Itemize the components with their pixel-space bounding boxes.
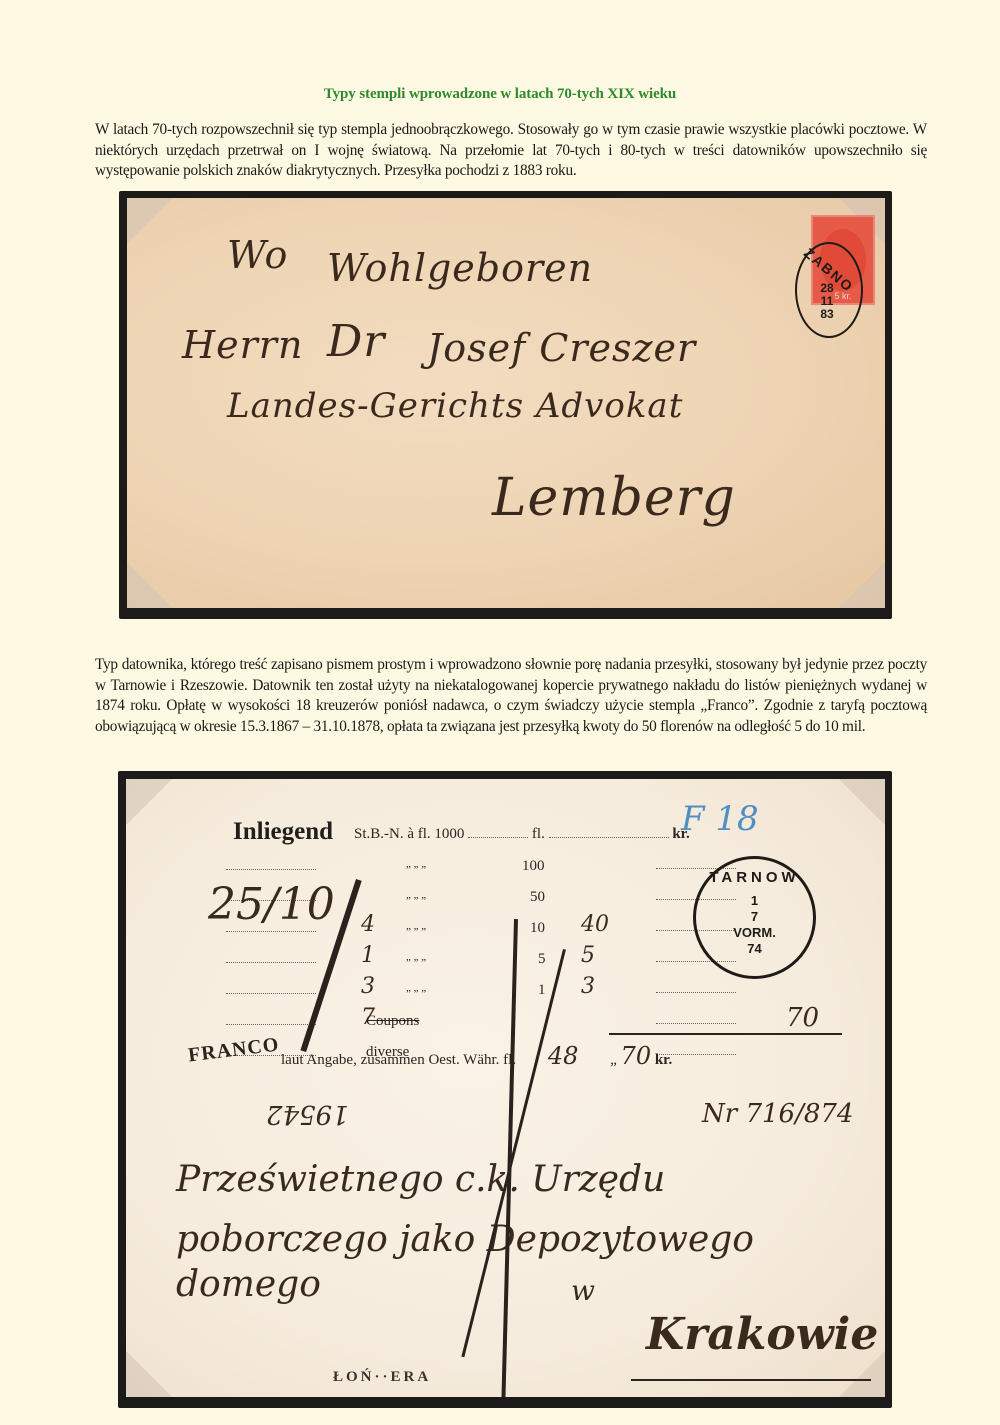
handwriting-line: Josef Creszer <box>427 326 696 370</box>
handwritten-fraction: 25/10 <box>208 879 335 930</box>
row-denomination: 10 <box>530 920 545 937</box>
city-underline <box>631 1379 871 1381</box>
row-denomination: 50 <box>530 889 545 906</box>
total-kr: 70 <box>621 1042 652 1070</box>
address-line-1: Prześwietnego c.k. Urzędu <box>176 1159 665 1200</box>
fl-label: fl. <box>532 826 545 842</box>
row-label: „ „ „ <box>406 858 426 870</box>
form-heading: Inliegend <box>233 818 333 846</box>
postmark-day: 1 <box>696 893 813 909</box>
photo-corner <box>126 779 172 825</box>
franco-stamp: FRANCO <box>187 1034 281 1068</box>
address-line-4: w <box>571 1274 595 1307</box>
photo-corner <box>127 562 173 608</box>
envelope2-frame: Inliegend St.B.-N. à fl. 1000 fl. kr. „ … <box>118 771 892 1408</box>
photo-corner <box>839 779 885 825</box>
row-fl-value: 40 <box>581 912 609 937</box>
row-kr-value: 70 <box>786 1003 819 1033</box>
row-count: 1 <box>361 943 375 968</box>
handwriting-line: Wohlgeboren <box>327 246 593 290</box>
row-denomination: 1 <box>538 982 546 999</box>
postmark-date: 1 7 VORM. 74 <box>696 893 813 957</box>
handwriting-line: Herrn <box>182 323 303 367</box>
address-line-2: poborczego jako Depozytowego <box>176 1219 754 1260</box>
postmark-time: VORM. <box>696 925 813 941</box>
photo-corner <box>839 562 885 608</box>
section1-description: W latach 70-tych rozpowszechnił się typ … <box>95 120 927 182</box>
bottom-stamp: ŁOŃ··ERA <box>333 1369 431 1386</box>
page-title: Typy stempli wprowadzone w latach 70-tyc… <box>0 86 1000 103</box>
postmark-month: 7 <box>696 909 813 925</box>
handwritten-numbers: 19542 <box>266 1099 349 1129</box>
row-fl-value: 3 <box>581 974 595 999</box>
photo-corner <box>127 198 173 244</box>
handwritten-register: Nr 716/874 <box>702 1099 853 1129</box>
postmark-year: 74 <box>696 941 813 957</box>
postmark-date: 28 11 83 <box>797 282 857 321</box>
total-rule <box>609 1033 842 1035</box>
row-label: „ „ „ <box>406 889 426 901</box>
form-row-1000: St.B.-N. à fl. 1000 fl. kr. <box>354 826 690 843</box>
blue-annotation: F 18 <box>681 799 759 839</box>
address-city: Krakowie <box>646 1309 878 1360</box>
postmark-year: 83 <box>797 308 857 321</box>
row-label: Coupons <box>366 1013 419 1030</box>
envelope1-frame: Wo Wohlgeboren Herrn Dr Josef Creszer La… <box>119 191 892 619</box>
row-denomination: 100 <box>522 858 545 875</box>
form-total-line: laut Angabe, zusammen Oest. Währ. fl. 48… <box>281 1042 672 1070</box>
row-label: „ „ „ <box>406 951 426 963</box>
postmark-tarnow: TARNOW 1 7 VORM. 74 <box>693 856 816 979</box>
row-fl-value: 5 <box>581 943 595 968</box>
row-denomination: 1000 <box>434 826 464 842</box>
total-label: laut Angabe, zusammen Oest. Währ. fl. <box>281 1052 516 1068</box>
form-row: 7Coupons70 <box>226 1013 846 1030</box>
row-count: 3 <box>361 974 375 999</box>
row-denomination: 5 <box>538 951 546 968</box>
row-label: „ „ „ <box>406 920 426 932</box>
envelope-zabno: Wo Wohlgeboren Herrn Dr Josef Creszer La… <box>127 198 885 608</box>
row-count: 4 <box>361 912 375 937</box>
address-line-3: domego <box>176 1264 321 1305</box>
envelope-tarnow: Inliegend St.B.-N. à fl. 1000 fl. kr. „ … <box>126 779 885 1397</box>
section2-description: Typ datownika, którego treść zapisano pi… <box>95 655 927 737</box>
handwriting-line: Wo <box>227 233 288 277</box>
kr-label: kr. <box>655 1052 672 1068</box>
postmark-town: TARNOW <box>696 869 813 886</box>
handwriting-line: Landes-Gerichts Advokat <box>227 386 683 426</box>
postmark-zabno: ŻABNO 28 11 83 <box>795 242 863 338</box>
row-label: St.B.-N. à fl. <box>354 826 431 842</box>
handwriting-line: Dr <box>327 316 385 367</box>
handwriting-line: Lemberg <box>492 468 736 528</box>
photo-corner <box>126 1351 172 1397</box>
row-label: „ „ „ <box>406 982 426 994</box>
